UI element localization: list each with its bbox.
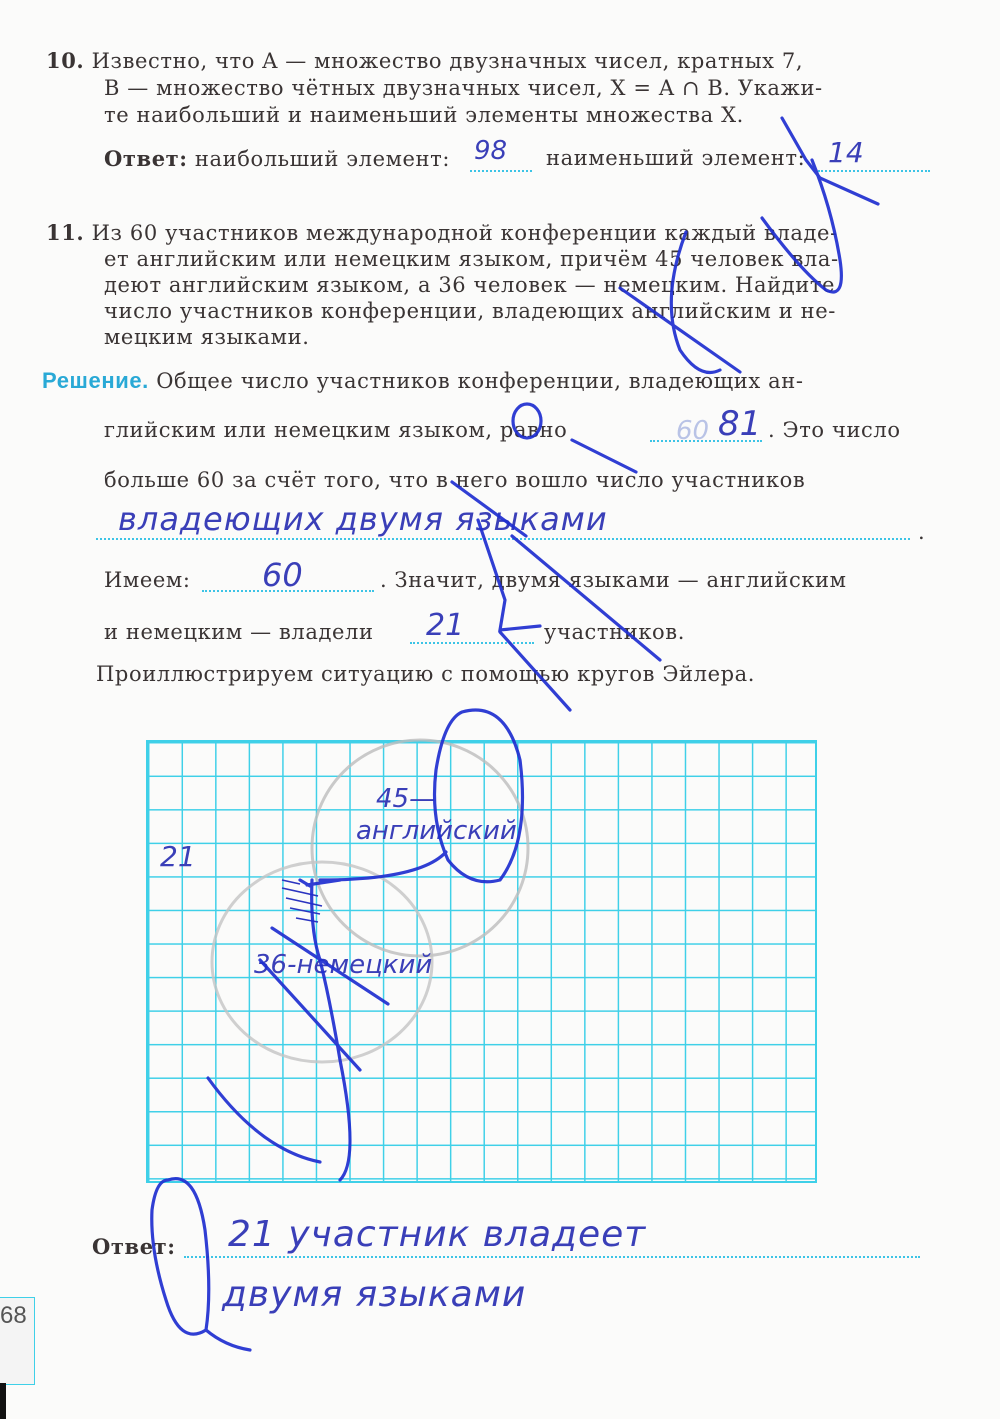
solution-line-5b: . Значит, двумя языками — английским: [380, 568, 847, 592]
binding-edge: [0, 1383, 6, 1419]
euler-label-english-word: английский: [356, 816, 517, 846]
euler-label-intersection: 21: [160, 840, 196, 873]
largest-element-label: наибольший элемент:: [195, 147, 450, 171]
reason-period: .: [918, 520, 925, 544]
solution-line-5a: Имеем:: [104, 568, 191, 592]
problem-11-line-5: мецким языками.: [104, 325, 309, 349]
erased-value: 60: [676, 416, 709, 446]
solution-line-2a: глийским или немецким языком, равно: [104, 418, 567, 442]
graph-paper-grid: [146, 740, 817, 1183]
problem-11-line-2: ет английским или немецким языком, причё…: [104, 247, 839, 271]
solution-line-3: больше 60 за счёт того, что в него вошло…: [104, 468, 805, 492]
euler-label-german: 36-немецкий: [254, 950, 432, 980]
total-participants-value: 81: [718, 404, 761, 444]
solution-line-7: Проиллюстрируем ситуацию с помощью круго…: [96, 662, 755, 686]
smallest-element-label: наименьший элемент:: [546, 146, 805, 170]
problem-11-line-1: 11. Из 60 участников международной конфе…: [46, 220, 838, 245]
we-have-value: 60: [262, 556, 303, 594]
problem-10-line-1: 10. Известно, что A — множество двузначн…: [46, 48, 803, 73]
smallest-element-value: 14: [828, 136, 864, 169]
problem-10-line-3: те наибольший и наименьший элементы множ…: [104, 103, 744, 127]
solution-line-6b: участников.: [544, 620, 685, 644]
answer-label: Ответ:: [104, 146, 188, 171]
solution-label: Решение.: [42, 368, 149, 393]
final-answer-line-1: 21 участник владеет: [228, 1214, 646, 1255]
solution-line-1: Решение. Общее число участников конферен…: [42, 368, 804, 394]
reason-value: владеющих двумя языками: [118, 500, 608, 538]
largest-element-blank[interactable]: [470, 170, 532, 172]
final-answer-blank[interactable]: [184, 1256, 920, 1258]
solution-text-1: Общее число участников конференции, влад…: [156, 369, 803, 393]
problem-10-answer-row: Ответ: наибольший элемент:: [104, 146, 450, 171]
reason-blank[interactable]: [96, 538, 910, 540]
solution-line-2b: . Это число: [768, 418, 901, 442]
final-answer-line-2: двумя языками: [222, 1274, 526, 1315]
both-languages-value: 21: [426, 608, 464, 643]
solution-line-6a: и немецким — владели: [104, 620, 374, 644]
euler-label-english-count: 45—: [376, 784, 435, 814]
largest-element-value: 98: [474, 136, 507, 166]
problem-11-line-4: число участников конференции, владеющих …: [104, 299, 836, 323]
smallest-element-blank[interactable]: [818, 170, 930, 172]
problem-11-text-1: Из 60 участников международной конференц…: [92, 221, 838, 245]
marker-strokes: [0, 0, 1000, 1419]
final-answer-label: Ответ:: [92, 1234, 176, 1259]
problem-10-number: 10.: [46, 48, 84, 73]
problem-10-text-1: Известно, что A — множество двузначных ч…: [92, 49, 804, 73]
problem-11-number: 11.: [46, 220, 84, 245]
page-number: 68: [0, 1302, 27, 1330]
problem-10-line-2: B — множество чётных двузначных чисел, X…: [104, 76, 823, 100]
workbook-page: 10. Известно, что A — множество двузначн…: [0, 0, 1000, 1419]
euler-circles-pencil: [0, 0, 1000, 1419]
problem-11-line-3: деют английским языком, а 36 человек — н…: [104, 273, 835, 297]
